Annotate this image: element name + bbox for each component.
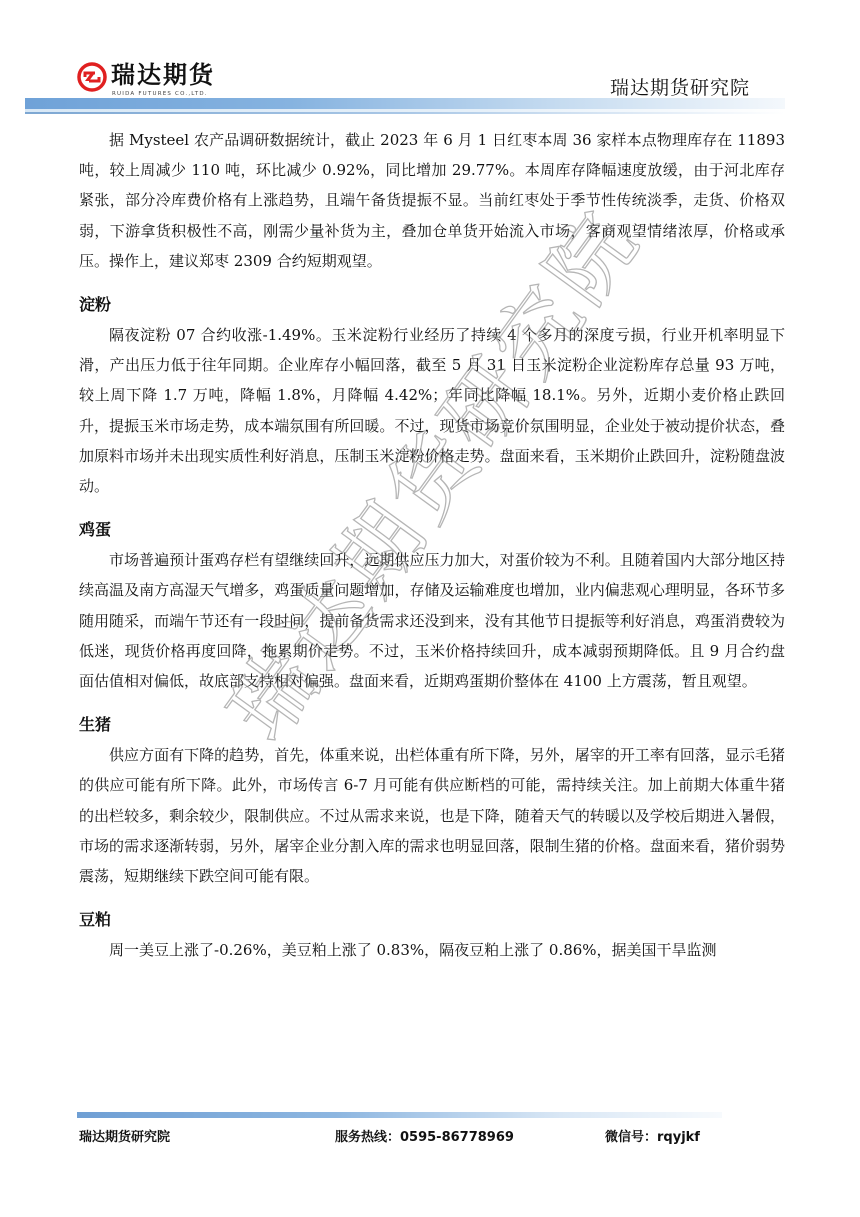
section-hogs: 生猪 供应方面有下降的趋势，首先，体重来说，出栏体重有所下降，另外，屠宰的开工率… [79, 710, 785, 891]
header-divider-line [25, 112, 785, 114]
company-logo: 瑞达期货 RUIDA FUTURES CO.,LTD. [77, 60, 227, 102]
section-starch: 淀粉 隔夜淀粉 07 合约收涨-1.49%。玉米淀粉行业经历了持续 4 个多月的… [79, 290, 785, 501]
section-paragraph: 周一美豆上涨了-0.26%，美豆粕上涨了 0.83%，隔夜豆粕上涨了 0.86%… [79, 935, 785, 965]
logo-name: 瑞达期货 [111, 60, 215, 90]
section-title: 淀粉 [79, 290, 785, 320]
document-page: 瑞达期货 RUIDA FUTURES CO.,LTD. 瑞达期货研究院 据 My… [0, 0, 860, 1217]
report-body: 据 Mysteel 农产品调研数据统计，截止 2023 年 6 月 1 日红枣本… [79, 125, 785, 965]
footer-divider [77, 1112, 722, 1118]
section-soymeal: 豆粕 周一美豆上涨了-0.26%，美豆粕上涨了 0.83%，隔夜豆粕上涨了 0.… [79, 905, 785, 965]
header-title: 瑞达期货研究院 [610, 73, 750, 100]
section-eggs: 鸡蛋 市场普遍预计蛋鸡存栏有望继续回升，远期供应压力加大，对蛋价较为不利。且随着… [79, 515, 785, 696]
logo-subtitle: RUIDA FUTURES CO.,LTD. [112, 91, 208, 97]
footer-wechat: 微信号：rqyjkf [605, 1126, 700, 1145]
section-title: 豆粕 [79, 905, 785, 935]
header-divider [25, 98, 785, 109]
footer-hotline: 服务热线：0595-86778969 [335, 1126, 514, 1145]
section-title: 鸡蛋 [79, 515, 785, 545]
ruida-logo-icon [77, 62, 107, 92]
section-paragraph: 供应方面有下降的趋势，首先，体重来说，出栏体重有所下降，另外，屠宰的开工率有回落… [79, 740, 785, 891]
section-paragraph: 隔夜淀粉 07 合约收涨-1.49%。玉米淀粉行业经历了持续 4 个多月的深度亏… [79, 320, 785, 501]
section-paragraph: 市场普遍预计蛋鸡存栏有望继续回升，远期供应压力加大，对蛋价较为不利。且随着国内大… [79, 545, 785, 696]
footer-institute: 瑞达期货研究院 [79, 1126, 170, 1145]
section-title: 生猪 [79, 710, 785, 740]
intro-paragraph: 据 Mysteel 农产品调研数据统计，截止 2023 年 6 月 1 日红枣本… [79, 125, 785, 276]
